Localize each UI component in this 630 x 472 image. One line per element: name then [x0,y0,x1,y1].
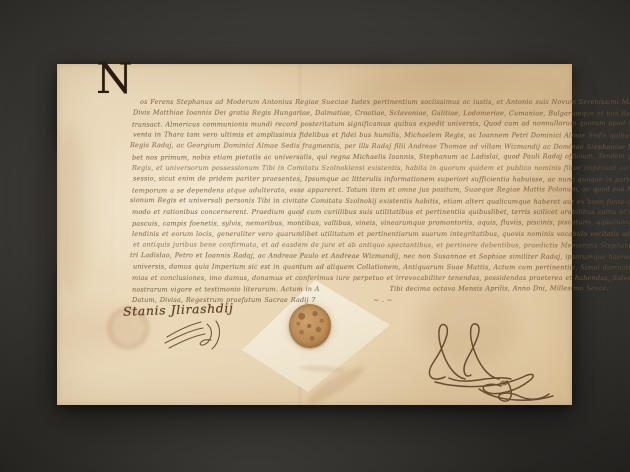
line-right-segment: Tibi decima octava Mensis Aprilis, Anno … [390,284,609,293]
wax-seal [289,304,331,348]
manuscript-document: N os Ferens Stephanus ad Moderum Antoniu… [57,64,572,405]
manuscript-line: lendinis et eorum locis, generaliter ver… [132,229,568,240]
left-signature-flourish [161,316,225,354]
photo-stage: N os Ferens Stephanus ad Moderum Antoniu… [0,0,630,472]
manuscript-line: bet nos primum, nobis etiam pietatis ac … [132,151,568,163]
manuscript-line: Regis, et universorum possessionum Tibi … [132,163,568,174]
initial-capital-letter: N [96,58,133,100]
line-end-mark: ~ . ~ [374,296,393,304]
manuscript-line: os Ferens Stephanus ad Moderum Antonius … [132,97,568,108]
seal-gap [320,290,390,291]
manuscript-line-split: nostrarum vigore et testimonio literarum… [132,283,568,295]
royal-signature-flourish [415,319,560,404]
age-stain-left-edge [51,126,85,296]
manuscript-line: pascuis, campis foenetis, sylvis, nemori… [132,217,568,229]
manuscript-line: universis, damus quia Imperium sic est i… [133,262,569,274]
manuscript-line: modo et rationibus concernerent. Praediu… [132,207,568,218]
line-left-segment: nostrarum vigore et testimonio literarum… [132,285,320,294]
manuscript-line: sionum Regis et universali personis Tibi… [130,195,566,208]
seal-gap [316,301,374,302]
manuscript-line: mias et conclusiones, imo damus, donamus… [132,273,568,284]
manuscript-text-block: os Ferens Stephanus ad Moderum Antonius … [132,97,568,306]
